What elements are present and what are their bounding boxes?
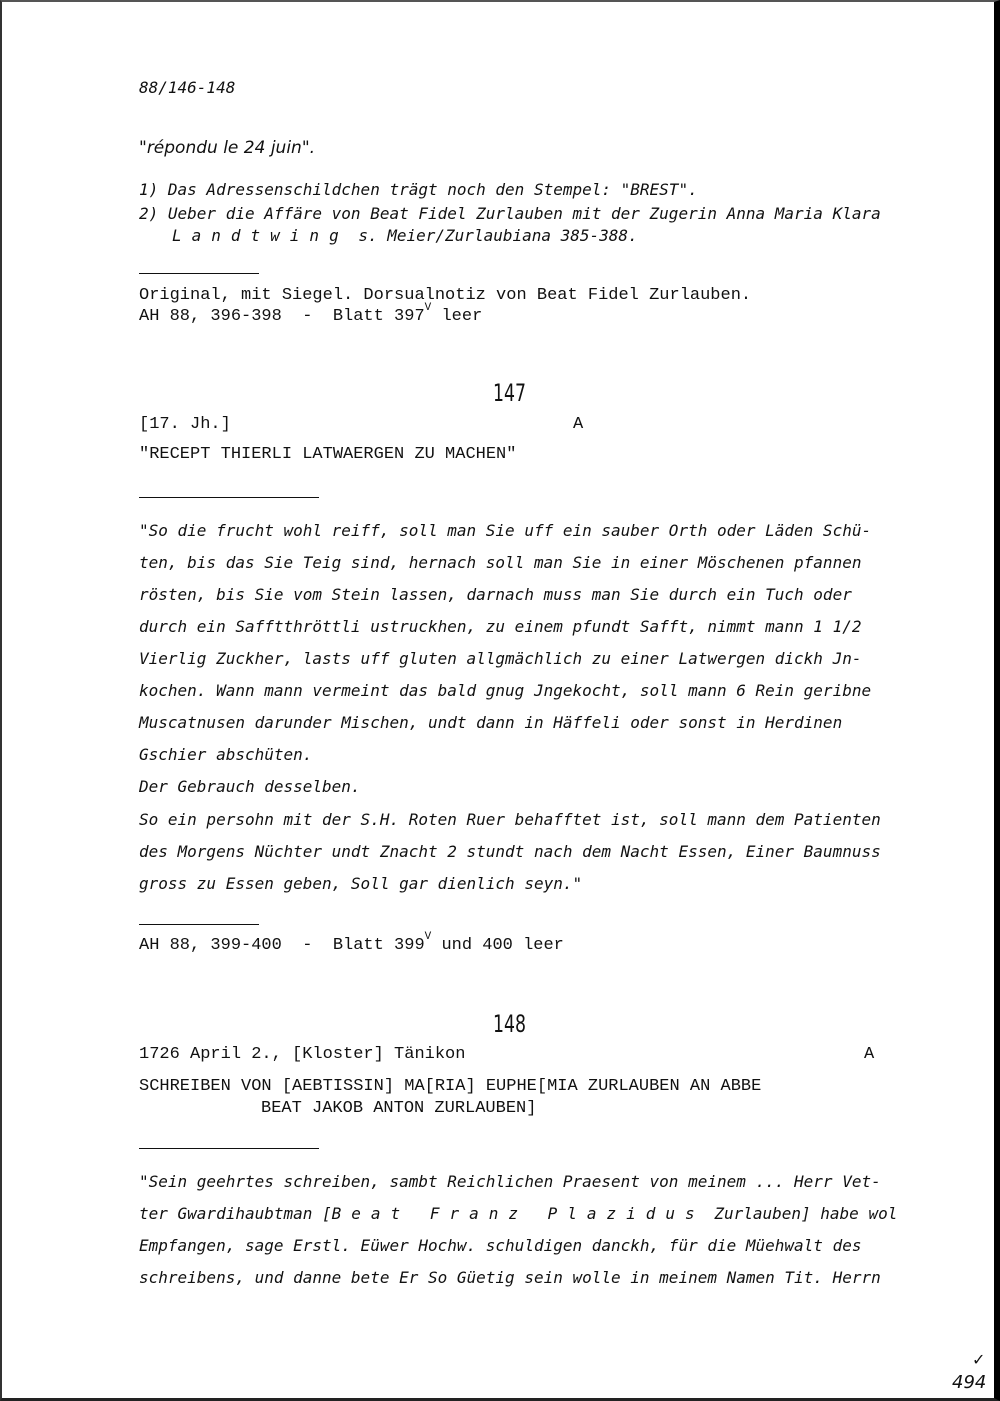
- doc146-source-line2: AH 88, 396-398 - Blatt 397V leer: [139, 307, 482, 326]
- footnote-2-reference: s. Meier/Zurlaubiana 385-388.: [358, 226, 637, 245]
- doc148-type: A: [864, 1045, 874, 1064]
- source-suffix: leer: [431, 307, 482, 326]
- doc148-title-line1: SCHREIBEN VON [AEBTISSIN] MA[RIA] EUPHE[…: [139, 1077, 761, 1096]
- footnote-2-continued: Landtwing s. Meier/Zurlaubiana 385-388.: [172, 226, 638, 245]
- doc148-text-line: ter Gwardihaubtman [Beat Franz Plazidus …: [139, 1204, 897, 1223]
- dorsal-note-quote: "répondu le 24 juin".: [139, 138, 315, 158]
- doc147-number: 147: [493, 379, 526, 407]
- divider-rule: [139, 924, 259, 925]
- doc147-text-line: Gschier abschüten.: [139, 745, 312, 764]
- doc147-text-line: rösten, bis Sie vom Stein lassen, darnac…: [139, 585, 852, 604]
- source-prefix: AH 88, 396-398 - Blatt 397: [139, 307, 425, 326]
- text-suffix: Zurlauben] habe wol: [705, 1204, 898, 1223]
- spaced-name-landtwing: Landtwing: [172, 226, 349, 245]
- doc147-source: AH 88, 399-400 - Blatt 399V und 400 leer: [139, 936, 564, 955]
- checkmark-icon: ✓: [972, 1350, 985, 1369]
- doc147-date: [17. Jh.]: [139, 415, 231, 434]
- doc148-title-line2: BEAT JAKOB ANTON ZURLAUBEN]: [261, 1099, 536, 1118]
- doc147-text-line: des Morgens Nüchter undt Znacht 2 stundt…: [139, 842, 881, 861]
- doc147-text-line: Vierlig Zuckher, lasts uff gluten allgmä…: [139, 649, 861, 668]
- doc147-type: A: [573, 415, 583, 434]
- doc147-text-line: "So die frucht wohl reiff, soll man Sie …: [139, 521, 871, 540]
- document-page: 88/146-148 "répondu le 24 juin". 1) Das …: [0, 0, 1000, 1401]
- doc147-text-line: ten, bis das Sie Teig sind, hernach soll…: [139, 553, 861, 572]
- doc147-text-line: Muscatnusen darunder Mischen, undt dann …: [139, 713, 842, 732]
- doc148-date: 1726 April 2., [Kloster] Tänikon: [139, 1045, 465, 1064]
- source-prefix: AH 88, 399-400 - Blatt 399: [139, 936, 425, 955]
- doc148-text-line: schreibens, und danne bete Er So Güetig …: [139, 1268, 881, 1287]
- doc147-text-line: durch ein Safftthröttli ustruckhen, zu e…: [139, 617, 861, 636]
- doc146-source-line1: Original, mit Siegel. Dorsualnotiz von B…: [139, 286, 751, 305]
- archive-reference: 88/146-148: [139, 78, 235, 97]
- doc147-title: "RECEPT THIERLI LATWAERGEN ZU MACHEN": [139, 445, 516, 464]
- doc147-text-line: gross zu Essen geben, Soll gar dienlich …: [139, 874, 582, 893]
- verso-superscript: V: [425, 931, 432, 943]
- divider-rule: [139, 1148, 319, 1149]
- divider-rule: [139, 497, 319, 498]
- doc147-text-line: So ein persohn mit der S.H. Roten Ruer b…: [139, 810, 881, 829]
- text-prefix: ter Gwardihaubtman [: [139, 1204, 332, 1223]
- doc148-text-line: Empfangen, sage Erstl. Eüwer Hochw. schu…: [139, 1236, 861, 1255]
- footnote-2: 2) Ueber die Affäre von Beat Fidel Zurla…: [139, 204, 881, 223]
- doc147-text-line: Der Gebrauch desselben.: [139, 777, 361, 796]
- verso-superscript: V: [425, 302, 432, 314]
- doc147-text-line: kochen. Wann mann vermeint das bald gnug…: [139, 681, 871, 700]
- handwritten-page-number: 494: [952, 1372, 986, 1393]
- doc148-number: 148: [493, 1010, 526, 1038]
- spaced-name-beat-franz-plazidus: Beat Franz Plazidus: [332, 1204, 705, 1223]
- footnote-1: 1) Das Adressenschildchen trägt noch den…: [139, 180, 698, 199]
- source-suffix: und 400 leer: [431, 936, 564, 955]
- divider-rule: [139, 273, 259, 274]
- doc148-text-line: "Sein geehrtes schreiben, sambt Reichlic…: [139, 1172, 881, 1191]
